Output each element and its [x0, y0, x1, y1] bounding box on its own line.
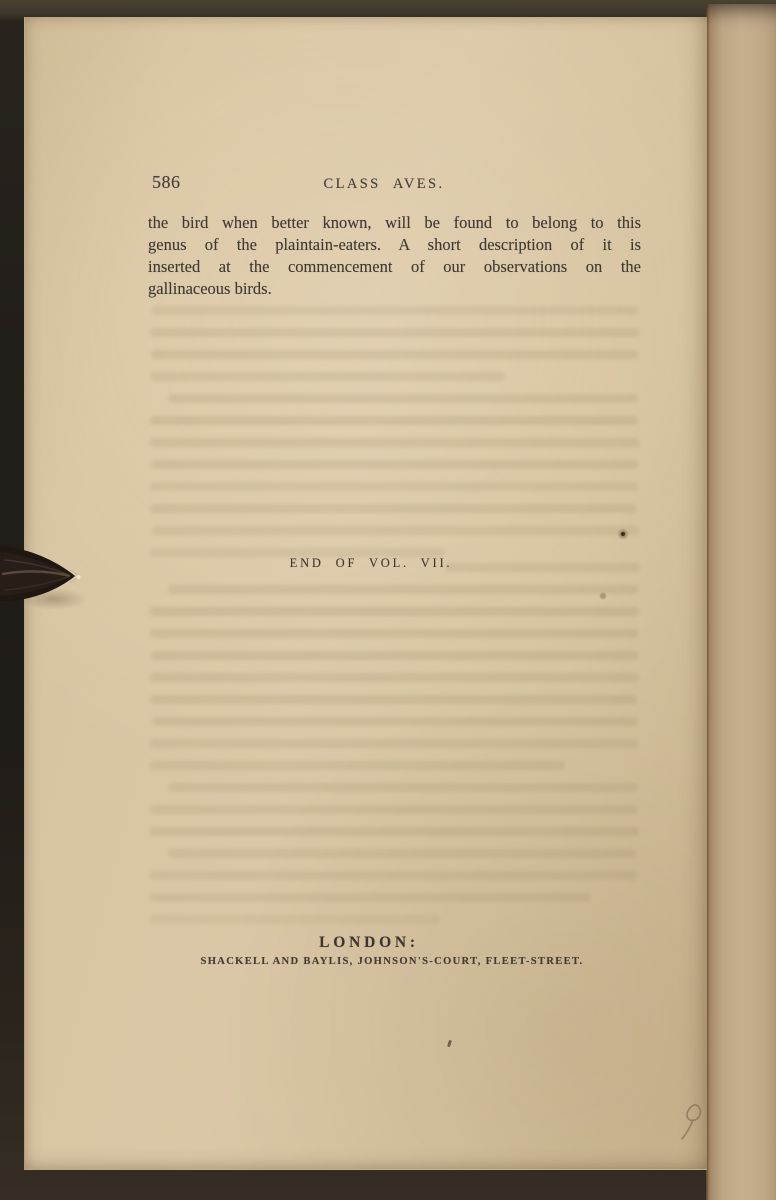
imprint-city: LONDON: [123, 934, 615, 952]
book-clasp-icon [0, 540, 86, 608]
book-scan: 586 CLASS AVES. the bird when better kno… [0, 0, 776, 1200]
foxing-spot [599, 592, 607, 600]
imprint-printer: SHACKELL AND BAYLIS, JOHNSON'S-COURT, FL… [146, 956, 638, 967]
body-line: the bird when better known, will be foun… [148, 212, 641, 234]
body-line: genus of the plaintain-eaters. A short d… [148, 234, 641, 256]
fore-edge-pages [706, 4, 776, 1200]
running-head: CLASS AVES. [138, 176, 630, 193]
wormhole-spot [617, 528, 629, 540]
end-of-volume-notice: END OF VOL. VII. [125, 556, 617, 571]
body-paragraph: the bird when better known, will be foun… [148, 212, 641, 300]
body-line: gallinaceous birds. [148, 278, 641, 300]
body-line: inserted at the commencement of our obse… [148, 256, 641, 278]
pencil-mark [672, 1098, 706, 1146]
